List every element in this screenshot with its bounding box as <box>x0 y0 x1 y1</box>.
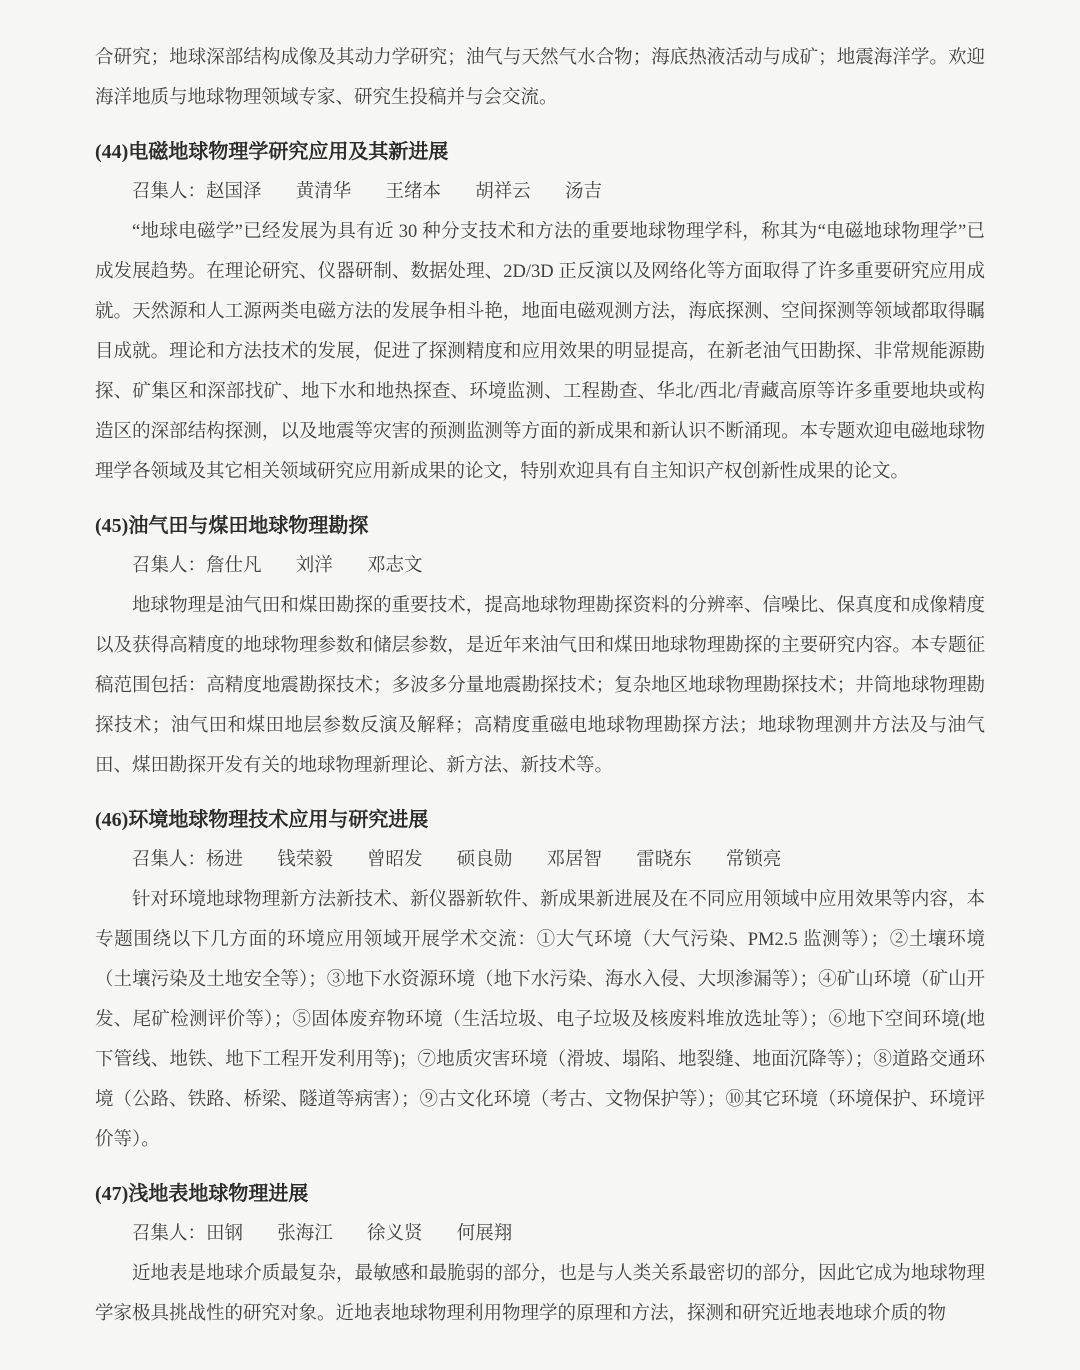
section-title: 电磁地球物理学研究应用及其新进展 <box>128 141 448 163</box>
section-number: (45) <box>95 515 128 537</box>
section-body: 地球物理是油气田和煤田勘探的重要技术，提高地球物理勘探资料的分辨率、信噪比、保真… <box>95 586 985 786</box>
section-body: “地球电磁学”已经发展为具有近 30 种分支技术和方法的重要地球物理学科，称其为… <box>95 212 985 492</box>
convener-name: 曾昭发 <box>367 850 423 870</box>
convener-name: 钱荣毅 <box>277 850 333 870</box>
topic-section-47: (47)浅地表地球物理进展 召集人：田钢张海江徐义贤何展翔 近地表是地球介质最复… <box>95 1174 985 1334</box>
conveners-line: 召集人：田钢张海江徐义贤何展翔 <box>95 1214 985 1254</box>
convener-name: 张海江 <box>277 1224 333 1244</box>
section-heading: (46)环境地球物理技术应用与研究进展 <box>95 800 985 840</box>
convener-name: 常锁亮 <box>726 850 782 870</box>
conveners-line: 召集人：赵国泽黄清华王绪本胡祥云汤吉 <box>95 172 985 212</box>
convener-name: 王绪本 <box>385 182 441 202</box>
convener-name: 赵国泽 <box>206 182 262 202</box>
conveners-label: 召集人： <box>132 1224 206 1244</box>
convener-name: 汤吉 <box>565 182 602 202</box>
topic-section-46: (46)环境地球物理技术应用与研究进展 召集人：杨进钱荣毅曾昭发硕良勋邓居智雷晓… <box>95 800 985 1160</box>
section-heading: (44)电磁地球物理学研究应用及其新进展 <box>95 132 985 172</box>
convener-name: 胡祥云 <box>475 182 531 202</box>
section-number: (44) <box>95 141 128 163</box>
convener-name: 硕良勋 <box>457 850 513 870</box>
convener-name: 田钢 <box>206 1224 243 1244</box>
convener-name: 邓居智 <box>546 850 602 870</box>
convener-name: 邓志文 <box>367 556 423 576</box>
section-body: 近地表是地球介质最复杂，最敏感和最脆弱的部分，也是与人类关系最密切的部分，因此它… <box>95 1254 985 1334</box>
convener-name: 徐义贤 <box>367 1224 423 1244</box>
convener-name: 杨进 <box>206 850 243 870</box>
conveners-label: 召集人： <box>132 182 206 202</box>
section-number: (46) <box>95 809 128 831</box>
section-heading: (45)油气田与煤田地球物理勘探 <box>95 506 985 546</box>
section-title: 环境地球物理技术应用与研究进展 <box>128 809 428 831</box>
convener-name: 詹仕凡 <box>206 556 262 576</box>
conveners-line: 召集人：杨进钱荣毅曾昭发硕良勋邓居智雷晓东常锁亮 <box>95 840 985 880</box>
convener-name: 黄清华 <box>296 182 352 202</box>
convener-name: 刘洋 <box>296 556 333 576</box>
conveners-line: 召集人：詹仕凡刘洋邓志文 <box>95 546 985 586</box>
document-page: 合研究；地球深部结构成像及其动力学研究；油气与天然气水合物；海底热液活动与成矿；… <box>0 0 1080 1370</box>
conveners-label: 召集人： <box>132 850 206 870</box>
convener-name: 雷晓东 <box>636 850 692 870</box>
convener-name: 何展翔 <box>457 1224 513 1244</box>
section-heading: (47)浅地表地球物理进展 <box>95 1174 985 1214</box>
section-number: (47) <box>95 1183 128 1205</box>
section-body: 针对环境地球物理新方法新技术、新仪器新软件、新成果新进展及在不同应用领域中应用效… <box>95 880 985 1160</box>
conveners-label: 召集人： <box>132 556 206 576</box>
topic-section-45: (45)油气田与煤田地球物理勘探 召集人：詹仕凡刘洋邓志文 地球物理是油气田和煤… <box>95 506 985 786</box>
intro-paragraph: 合研究；地球深部结构成像及其动力学研究；油气与天然气水合物；海底热液活动与成矿；… <box>95 38 985 118</box>
topic-section-44: (44)电磁地球物理学研究应用及其新进展 召集人：赵国泽黄清华王绪本胡祥云汤吉 … <box>95 132 985 492</box>
section-title: 浅地表地球物理进展 <box>128 1183 308 1205</box>
section-title: 油气田与煤田地球物理勘探 <box>128 515 368 537</box>
